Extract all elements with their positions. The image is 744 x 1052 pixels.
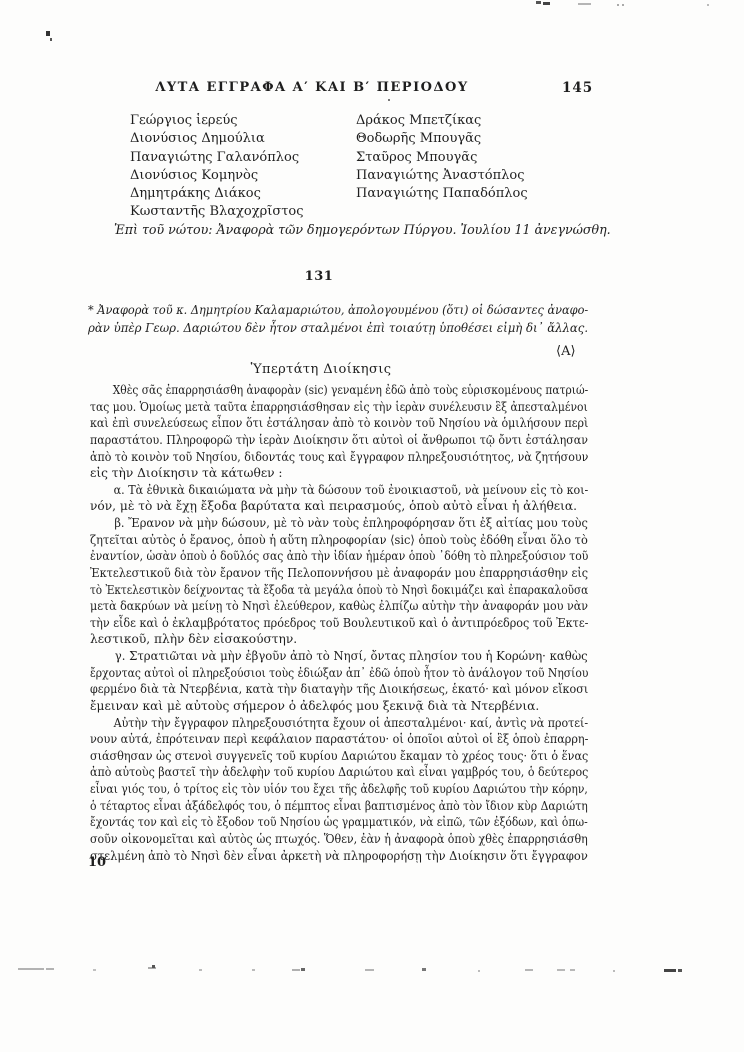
scanned-document-page: ΛΥΤΑ ΕΓΓΡΑΦΑ Α′ ΚΑΙ Β′ ΠΕΡΙΟΔΟΥ 145 Γεώρ… bbox=[0, 0, 744, 1052]
running-head: ΛΥΤΑ ΕΓΓΡΑΦΑ Α′ ΚΑΙ Β′ ΠΕΡΙΟΔΟΥ 145 bbox=[62, 80, 562, 98]
scan-artifact bbox=[578, 3, 591, 5]
editor-summary-line: * Ἀναφορὰ τοῦ κ. Δημητρίου Καλαμαριώτου,… bbox=[88, 301, 545, 319]
scan-artifact bbox=[93, 969, 96, 971]
scan-artifact bbox=[557, 969, 565, 971]
document-number: 131 bbox=[0, 269, 638, 284]
scan-artifact bbox=[18, 968, 44, 970]
body-line: νόν, μὲ τὸ νὰ ἔχῃ ἔξοδα βαρύτατα καὶ πει… bbox=[90, 498, 588, 515]
scan-artifact bbox=[543, 2, 550, 5]
body-line: μετὰ δακρύων νὰ μείνῃ τὸ Νησὶ ἐλεύθερον,… bbox=[90, 598, 543, 615]
body-line: εἰς τὴν Διοίκησιν τὰ κάτωθεν : bbox=[90, 465, 588, 482]
body-line: φερμένο διὰ τὰ Ντερβένια, κατὰ τὴν διατα… bbox=[90, 681, 545, 698]
scan-artifact bbox=[46, 31, 50, 36]
scan-artifact bbox=[525, 969, 533, 971]
body-line: ἔμειναν καὶ μὲ αὐτοὺς σήμερον ὁ ἀδελφός … bbox=[90, 698, 588, 715]
scan-artifact bbox=[478, 970, 480, 972]
body-line: σοῦν οἰκονομεῖται καὶ αὐτὸς ὡς πτωχός. Ὅ… bbox=[90, 831, 541, 848]
scan-artifact bbox=[50, 38, 52, 41]
body-line: λεστικοῦ, πλὴν δὲν εἰσακούστην. bbox=[90, 631, 588, 648]
signatory-name: Θοδωρῆς Μπουγᾶς bbox=[356, 130, 528, 148]
body-line: τας μου. Ὁμοίως μετὰ ταῦτα ἐπαρρησιάσθησ… bbox=[90, 399, 531, 416]
scan-artifact bbox=[388, 99, 390, 101]
body-line: ὁ τέταρτος εἶναι ἀξάδελφός του, ὁ πέμπτο… bbox=[90, 798, 534, 815]
printer-signature-mark: 10 bbox=[88, 855, 106, 870]
scan-artifact bbox=[613, 970, 615, 972]
document-body: Χθὲς σᾶς ἐπαρρησιάσθη ἀναφορὰν (sic) γεν… bbox=[90, 382, 588, 864]
body-line: ἀπὸ αὐτοὺς βαστεῖ τὴν ἀδελφὴν τοῦ κυρίου… bbox=[90, 764, 542, 781]
body-line: εἶναι γιός του, ὁ τρίτος εἰς τὸν υἱόν το… bbox=[90, 781, 530, 798]
body-line: Ἐκτελεστικοῦ διὰ τὸν ἔρανον τῆς Πελοπονν… bbox=[90, 565, 550, 582]
signatory-name: Παναγιώτης Γαλανόπλος bbox=[130, 149, 304, 167]
signatory-name: Δράκος Μπετζίκας bbox=[356, 112, 528, 130]
editor-summary: * Ἀναφορὰ τοῦ κ. Δημητρίου Καλαμαριώτου,… bbox=[88, 301, 588, 336]
scan-artifact bbox=[252, 969, 255, 971]
scan-artifact bbox=[570, 969, 575, 971]
page-number: 145 bbox=[562, 80, 593, 96]
scan-artifact bbox=[707, 4, 709, 6]
body-line: παραστάτου. Πληροφορῶ τὴν ἱερὰν Διοίκησι… bbox=[90, 432, 541, 449]
signatory-name: Παναγιώτης Ἀναστόπλος bbox=[356, 167, 528, 185]
signatory-column-right: Δράκος ΜπετζίκαςΘοδωρῆς ΜπουγᾶςΣταῦρος Μ… bbox=[356, 112, 528, 203]
scan-artifact bbox=[365, 969, 374, 971]
body-line: ζητεῖται αὐτὸς ὁ ἔρανος, ὁποὺ ἡ αὕτη πλη… bbox=[90, 532, 554, 549]
scan-artifact bbox=[152, 965, 155, 968]
signatory-name: Γεώργιος ἱερεύς bbox=[130, 112, 304, 130]
body-line: ἐναντίον, ὡσὰν ὁποὺ ὁ δοῦλός σας ἀπὸ τὴν… bbox=[90, 548, 532, 565]
body-line: β. Ἔρανον νὰ μὴν δώσουν, μὲ τὸ νὰν τοὺς … bbox=[90, 515, 556, 532]
body-line: ἀπὸ τὸ κοινὸν τοῦ Νησίου, διδοντάς τους … bbox=[90, 449, 542, 466]
body-line: Χθὲς σᾶς ἐπαρρησιάσθη ἀναφορὰν (sic) γεν… bbox=[90, 382, 525, 399]
body-line: σιάσθησαν ὡς στενοὶ συγγενεῖς τοῦ κυρίου… bbox=[90, 748, 546, 765]
body-line: ἔχοντάς τον καὶ εἰς τὸ ἔξοδον τοῦ Νησίου… bbox=[90, 814, 528, 831]
body-line: στελμένη ἀπὸ τὸ Νησὶ δὲν εἶναι ἀρκετὴ νὰ… bbox=[90, 848, 558, 865]
body-line: τὴν εἶδε καὶ ὁ ἐκλαμβρότατος πρόεδρος το… bbox=[90, 615, 547, 632]
scan-artifact bbox=[46, 968, 54, 970]
body-line: νουν αὐτά, ἐπρότειναν περὶ κεφάλαιον παρ… bbox=[90, 731, 547, 748]
scan-artifact bbox=[536, 1, 541, 4]
scan-artifact bbox=[301, 968, 305, 971]
signatory-name: Διονύσιος Δημούλια bbox=[130, 130, 304, 148]
body-line: ἔρχοντας αὐτοὶ οἱ πληρεξούσιοι τοὺς ἐδιώ… bbox=[90, 665, 530, 682]
body-line: Αὐτὴν τὴν ἔγγραφον πληρεξουσιότητα ἔχουν… bbox=[90, 715, 542, 732]
page-title: ΛΥΤΑ ΕΓΓΡΑΦΑ Α′ ΚΑΙ Β′ ΠΕΡΙΟΔΟΥ bbox=[62, 80, 562, 95]
verso-note: Ἐπὶ τοῦ νώτου: Ἀναφορὰ τῶν δημογερόντων … bbox=[114, 222, 611, 237]
editor-summary-line: ρὰν ὑπὲρ Γεωρ. Δαριώτου δὲν ἦτον σταλμέν… bbox=[88, 319, 560, 337]
signatory-name: Παναγιώτης Παπαδόπλος bbox=[356, 185, 528, 203]
scan-artifact bbox=[664, 969, 676, 972]
signatory-column-left: Γεώργιος ἱερεύςΔιονύσιος ΔημούλιαΠαναγιώ… bbox=[130, 112, 304, 222]
signatory-name: Διονύσιος Κομηνὸς bbox=[130, 167, 304, 185]
marginal-mark: ⟨Α⟩ bbox=[556, 344, 576, 359]
signatory-name: Σταῦρος Μπουγᾶς bbox=[356, 149, 528, 167]
scan-artifact bbox=[292, 969, 300, 971]
body-line: α. Τὰ ἐθνικὰ δικαιώματα νὰ μὴν τὰ δώσουν… bbox=[90, 482, 543, 499]
scan-artifact bbox=[422, 968, 426, 971]
scan-artifact bbox=[622, 4, 624, 6]
salutation: Ὑπερτάτη Διοίκησις bbox=[0, 362, 642, 377]
signatory-name: Δημητράκης Διάκος bbox=[130, 185, 304, 203]
scan-artifact bbox=[199, 969, 202, 971]
signatory-name: Κωσταντῆς Βλαχοχρῖστος bbox=[130, 203, 304, 221]
scan-artifact bbox=[678, 969, 682, 972]
body-line: καὶ ἐπὶ συνελεύσεως εἶπον ὅτι ἐστάλησαν … bbox=[90, 415, 543, 432]
body-line: γ. Στρατιῶται νὰ μὴν ἐβγοῦν ἀπὸ τὸ Νησί,… bbox=[90, 648, 565, 665]
body-line: τὸ Ἐκτελεστικὸν δείχνοντας τὰ ἔξοδα τὰ μ… bbox=[90, 582, 518, 599]
scan-artifact bbox=[617, 4, 619, 6]
